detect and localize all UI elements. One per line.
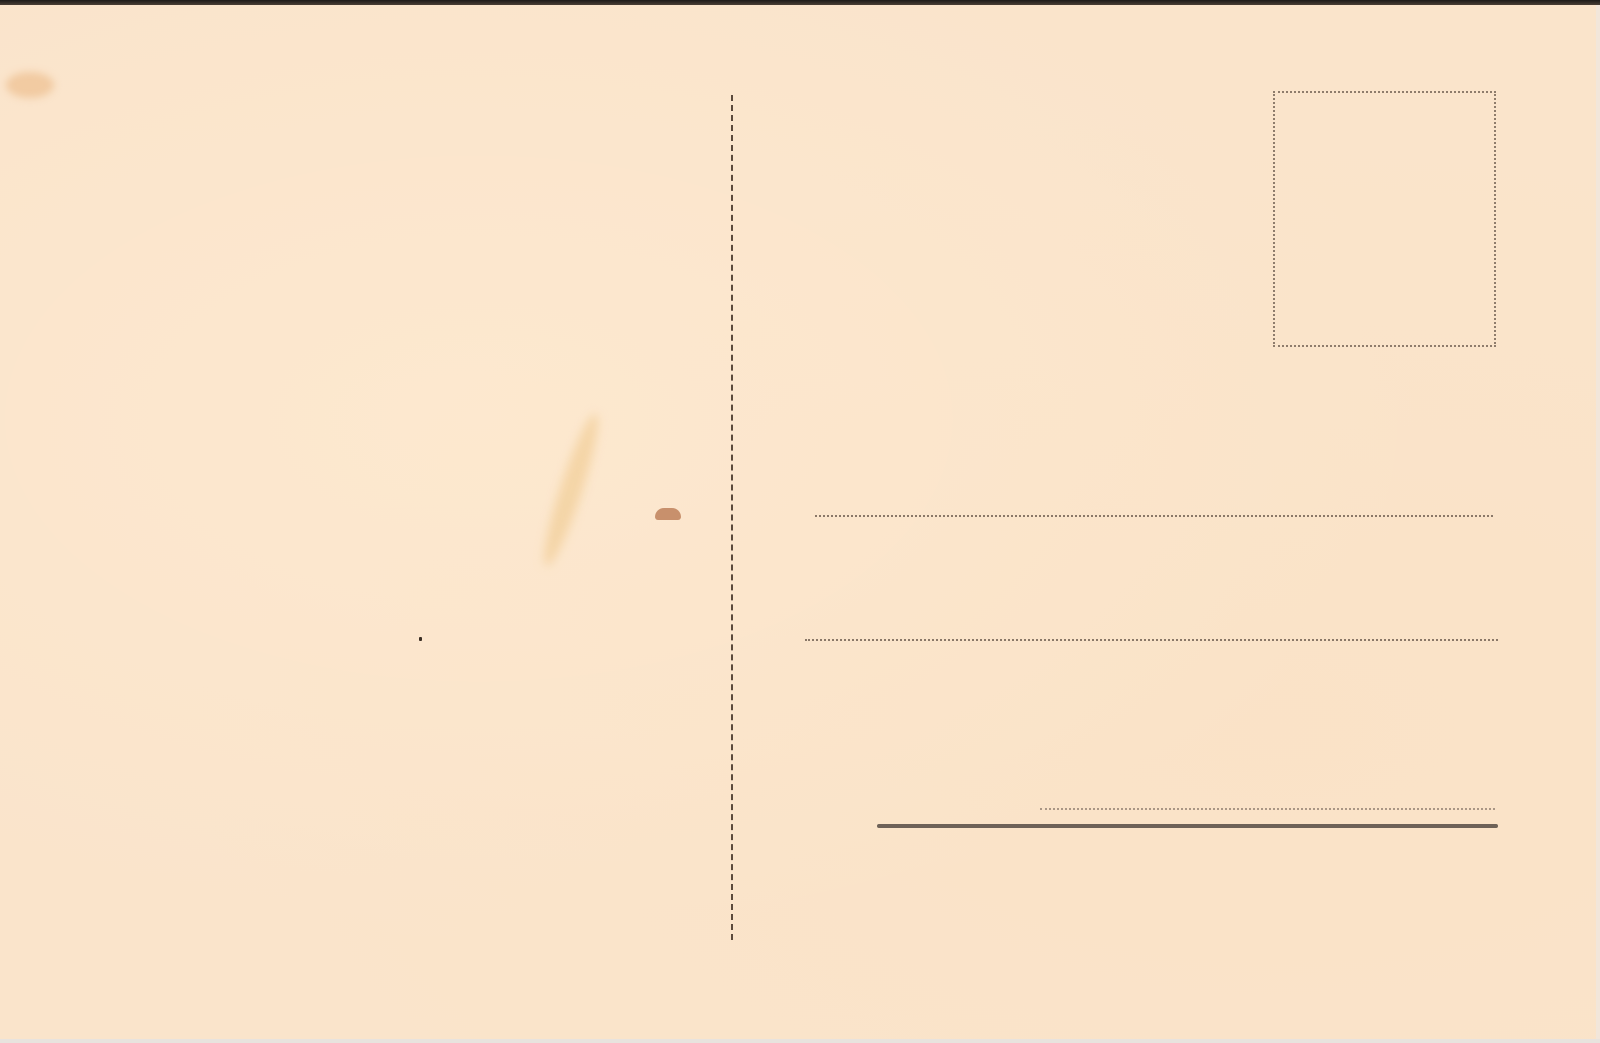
address-rule xyxy=(877,824,1498,828)
address-line-3 xyxy=(1040,808,1495,810)
stamp-box xyxy=(1273,91,1496,347)
address-line-1 xyxy=(815,515,1493,517)
scan-bottom-edge xyxy=(0,1039,1600,1043)
ink-dot xyxy=(419,637,422,641)
address-line-2 xyxy=(805,639,1498,641)
brown-spot xyxy=(655,508,681,520)
corner-stain xyxy=(6,72,54,98)
center-divider-line xyxy=(731,95,733,940)
